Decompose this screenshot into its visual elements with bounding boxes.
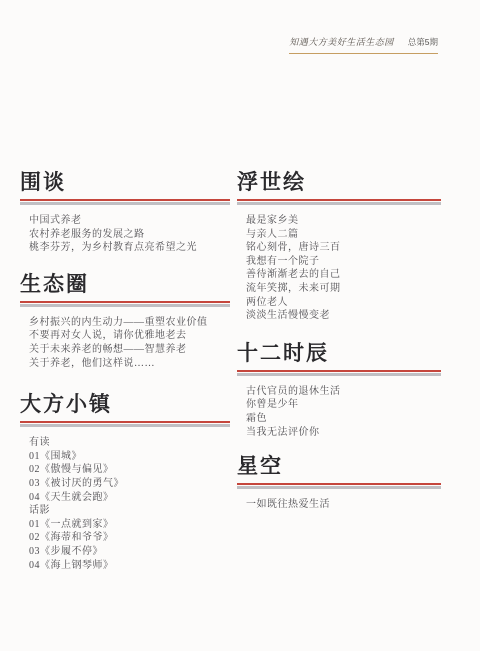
toc-item: 有读 <box>29 436 230 450</box>
toc-item: 03《被讨厌的勇气》 <box>29 477 230 491</box>
toc-item: 农村养老服务的发展之路 <box>29 228 230 242</box>
toc-item: 最是家乡美 <box>246 214 441 228</box>
divider-red-line <box>237 370 441 372</box>
section-divider-rule <box>237 370 441 376</box>
toc-item: 04《天生就会跑》 <box>29 491 230 505</box>
divider-gray-line <box>237 373 441 376</box>
divider-gray-line <box>20 424 230 427</box>
toc-item-list: 最是家乡美与亲人二篇铭心刻骨，唐诗三百我想有一个院子善待渐渐老去的自己流年笑掷，… <box>237 214 441 323</box>
toc-item: 中国式养老 <box>29 214 230 228</box>
toc-item-list: 乡村振兴的内生动力——重塑农业价值不要再对女人说，请你优雅地老去关于未来养老的畅… <box>20 316 230 370</box>
toc-item: 古代官员的退休生活 <box>246 385 441 399</box>
toc-item: 流年笑掷，未来可期 <box>246 282 441 296</box>
toc-item: 话影 <box>29 504 230 518</box>
divider-red-line <box>237 483 441 485</box>
toc-item: 与亲人二篇 <box>246 228 441 242</box>
toc-item: 关于养老，他们这样说…… <box>29 357 230 371</box>
toc-section-xingkong: 星空一如既往热爱生活 <box>237 456 441 512</box>
column-left: 围谈中国式养老农村养老服务的发展之路桃李芬芳，为乡村教育点亮希望之光生态圈乡村振… <box>20 0 230 572</box>
toc-section-shengtaiquan: 生态圈乡村振兴的内生动力——重塑农业价值不要再对女人说，请你优雅地老去关于未来养… <box>20 274 230 370</box>
section-divider-rule <box>20 301 230 307</box>
section-title: 浮世绘 <box>237 172 441 193</box>
toc-item: 04《海上钢琴师》 <box>29 559 230 573</box>
toc-item: 关于未来养老的畅想——智慧养老 <box>29 343 230 357</box>
section-title: 大方小镇 <box>20 394 230 415</box>
toc-item: 铭心刻骨，唐诗三百 <box>246 241 441 255</box>
toc-item-list: 古代官员的退休生活你曾是少年霜色当我无法评价你 <box>237 385 441 439</box>
toc-section-shiershichen: 十二时辰古代官员的退休生活你曾是少年霜色当我无法评价你 <box>237 343 441 439</box>
section-divider-rule <box>20 199 230 205</box>
divider-red-line <box>237 199 441 201</box>
toc-item-list: 中国式养老农村养老服务的发展之路桃李芬芳，为乡村教育点亮希望之光 <box>20 214 230 255</box>
divider-gray-line <box>237 486 441 489</box>
toc-item: 不要再对女人说，请你优雅地老去 <box>29 329 230 343</box>
toc-item: 当我无法评价你 <box>246 426 441 440</box>
toc-item: 03《步履不停》 <box>29 545 230 559</box>
divider-red-line <box>20 421 230 423</box>
divider-gray-line <box>20 304 230 307</box>
toc-item: 淡淡生活慢慢变老 <box>246 309 441 323</box>
toc-item: 01《一点就到家》 <box>29 518 230 532</box>
toc-item: 善待渐渐老去的自己 <box>246 268 441 282</box>
section-title: 十二时辰 <box>237 343 441 364</box>
toc-item: 乡村振兴的内生动力——重塑农业价值 <box>29 316 230 330</box>
toc-item: 你曾是少年 <box>246 398 441 412</box>
section-title: 生态圈 <box>20 274 230 295</box>
toc-item: 02《傲慢与偏见》 <box>29 463 230 477</box>
column-right: 浮世绘最是家乡美与亲人二篇铭心刻骨，唐诗三百我想有一个院子善待渐渐老去的自己流年… <box>237 0 441 512</box>
toc-item: 桃李芬芳，为乡村教育点亮希望之光 <box>29 241 230 255</box>
divider-gray-line <box>20 202 230 205</box>
section-divider-rule <box>20 421 230 427</box>
toc-item: 霜色 <box>246 412 441 426</box>
toc-section-fushihui: 浮世绘最是家乡美与亲人二篇铭心刻骨，唐诗三百我想有一个院子善待渐渐老去的自己流年… <box>237 172 441 323</box>
toc-item: 两位老人 <box>246 296 441 310</box>
divider-gray-line <box>237 202 441 205</box>
toc-item: 01《围城》 <box>29 450 230 464</box>
section-title: 围谈 <box>20 172 230 193</box>
toc-item-list: 有读01《围城》02《傲慢与偏见》03《被讨厌的勇气》04《天生就会跑》话影01… <box>20 436 230 572</box>
toc-section-dafangxiaozhen: 大方小镇有读01《围城》02《傲慢与偏见》03《被讨厌的勇气》04《天生就会跑》… <box>20 394 230 572</box>
section-divider-rule <box>237 199 441 205</box>
toc-item-list: 一如既往热爱生活 <box>237 498 441 512</box>
section-divider-rule <box>237 483 441 489</box>
toc-section-weitan: 围谈中国式养老农村养老服务的发展之路桃李芬芳，为乡村教育点亮希望之光 <box>20 172 230 255</box>
section-title: 星空 <box>237 456 441 477</box>
toc-item: 我想有一个院子 <box>246 255 441 269</box>
divider-red-line <box>20 199 230 201</box>
toc-item: 一如既往热爱生活 <box>246 498 441 512</box>
toc-item: 02《海蒂和爷爷》 <box>29 531 230 545</box>
magazine-toc-page: 知遇大方美好生活生态园 总第5期 围谈中国式养老农村养老服务的发展之路桃李芬芳，… <box>0 0 480 651</box>
divider-red-line <box>20 301 230 303</box>
